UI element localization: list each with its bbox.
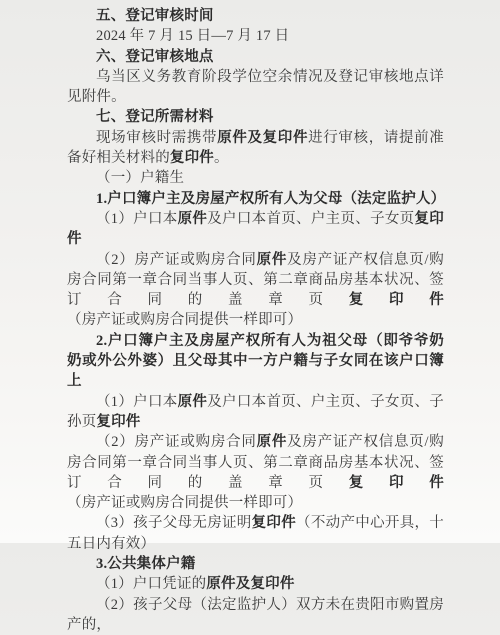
doc-paragraph: （1）户口本原件及户口本首页、户主页、子女页、子孙页复印件 bbox=[67, 392, 444, 433]
text-run: （2）房产证或购房合同 bbox=[96, 252, 257, 268]
text-run: 及户口本首页、户主页、子女页 bbox=[207, 211, 414, 227]
bold-text-run: 复印件 bbox=[252, 515, 296, 531]
bold-text-run: 原件 bbox=[178, 211, 208, 227]
doc-heading: 六、登记审核地点 bbox=[67, 47, 444, 67]
text-run: （房产证或购房合同提供一样即可） bbox=[67, 312, 302, 328]
bold-text-run: 七、登记所需材料 bbox=[96, 109, 214, 125]
bold-text-run: 原件 bbox=[178, 394, 208, 410]
text-run: （1）户口本 bbox=[96, 211, 178, 227]
text-run: （1）户口本 bbox=[96, 394, 178, 410]
bold-text-run: 六、登记审核地点 bbox=[96, 49, 214, 65]
text-run: 现场审核时需携带 bbox=[96, 130, 217, 146]
bold-text-run: 原件 bbox=[257, 252, 288, 268]
text-run: （一）户籍生 bbox=[96, 170, 184, 186]
doc-heading: 五、登记审核时间 bbox=[67, 6, 444, 26]
bold-text-run: 原件 bbox=[257, 434, 288, 450]
bold-text-run: 复印件 bbox=[170, 150, 214, 166]
doc-paragraph: （1）户口本原件及户口本首页、户主页、子女页复印件 bbox=[67, 209, 444, 250]
doc-paragraph: 现场审核时需携带原件及复印件进行审核，请提前准备好相关材料的复印件。 bbox=[67, 128, 444, 169]
bold-text-run: 五、登记审核时间 bbox=[96, 8, 214, 24]
doc-paragraph: （一）户籍生 bbox=[67, 168, 444, 188]
document-page: 五、登记审核时间2024 年 7 月 15 日—7 月 17 日六、登记审核地点… bbox=[0, 0, 500, 543]
doc-paragraph: （2）房产证或购房合同原件及房产证产权信息页/购房合同第一章合同当事人页、第二章… bbox=[67, 432, 444, 513]
doc-paragraph: 2024 年 7 月 15 日—7 月 17 日 bbox=[67, 26, 444, 46]
bold-text-run: 复印件 bbox=[349, 292, 444, 308]
doc-heading: 1.户口簿户主及房屋产权所有人为父母（法定监护人） bbox=[67, 189, 444, 209]
text-run: （房产证或购房合同提供一样即可） bbox=[67, 495, 302, 511]
doc-paragraph: （3）孩子父母无房证明复印件（不动产中心开具，十五日内有效） bbox=[67, 513, 444, 543]
doc-heading: 七、登记所需材料 bbox=[67, 107, 444, 127]
doc-paragraph: 乌当区义务教育阶段学位空余情况及登记审核地点详见附件。 bbox=[67, 67, 444, 108]
text-run: （3）孩子父母无房证明 bbox=[96, 515, 252, 531]
bold-text-run: 复印件 bbox=[96, 414, 140, 430]
doc-paragraph: （2）房产证或购房合同原件及房产证产权信息页/购房合同第一章合同当事人页、第二章… bbox=[67, 250, 444, 331]
text-run: （2）房产证或购房合同 bbox=[96, 434, 257, 450]
bold-text-run: 2.户口簿户主及房屋产权所有人为祖父母（即爷爷奶奶或外公外婆）且父母其中一方户籍… bbox=[67, 333, 444, 390]
text-run: 。 bbox=[214, 150, 229, 166]
text-run: 2024 年 7 月 15 日—7 月 17 日 bbox=[96, 28, 289, 44]
text-run: 乌当区义务教育阶段学位空余情况及登记审核地点详见附件。 bbox=[67, 69, 444, 105]
bold-text-run: 1.户口簿户主及房屋产权所有人为父母（法定监护人） bbox=[96, 191, 445, 207]
bold-text-run: 复印件 bbox=[349, 475, 444, 491]
bold-text-run: 原件及复印件 bbox=[217, 130, 308, 146]
doc-heading: 2.户口簿户主及房屋产权所有人为祖父母（即爷爷奶奶或外公外婆）且父母其中一方户籍… bbox=[67, 331, 444, 392]
